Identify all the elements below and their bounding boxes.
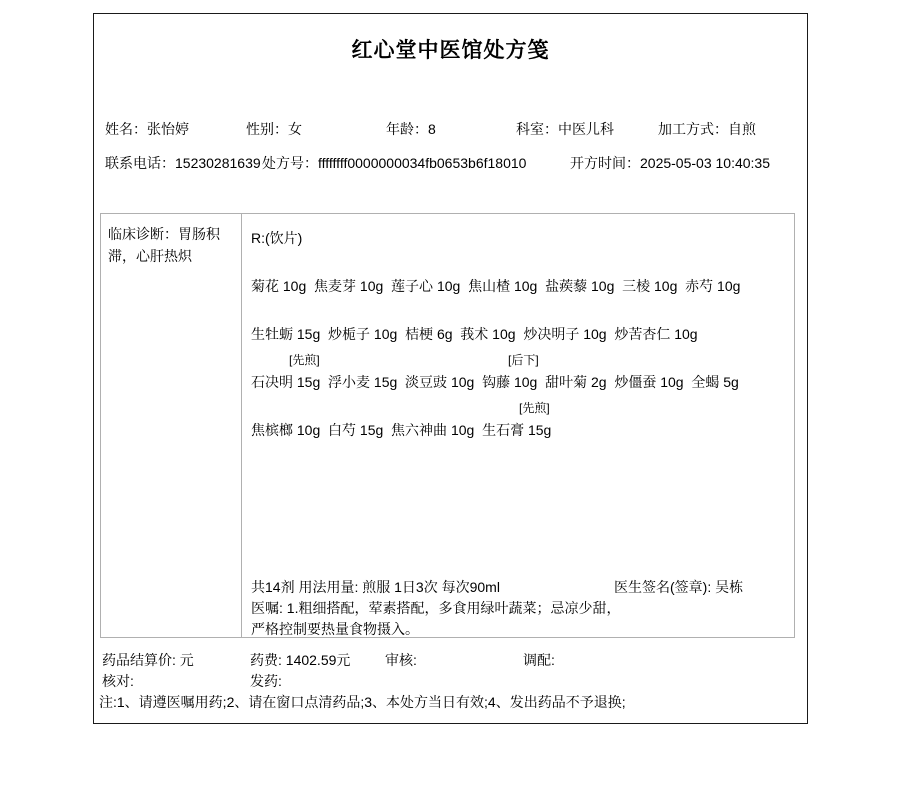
processing-method-value: 自煎 xyxy=(728,121,756,137)
phone-field: 联系电话：15230281639 xyxy=(105,153,261,173)
medical-advice: 医嘱: 1.粗细搭配，荤素搭配，多食用绿叶蔬菜；忌凉少甜，严格控制要热量食物摄入… xyxy=(251,598,633,640)
phone-value: 15230281639 xyxy=(175,155,261,171)
herb-line-1: 菊花 10g 焦麦芽 10g 莲子心 10g 焦山楂 10g 盐蒺藜 10g 三… xyxy=(251,276,740,296)
diagnosis-label: 临床诊断： xyxy=(108,226,178,242)
phone-label: 联系电话： xyxy=(105,155,175,171)
prescription-body-box: 临床诊断：胃肠积滞，心肝热炽 R:(饮片) 菊花 10g 焦麦芽 10g 莲子心… xyxy=(100,213,795,638)
age-label: 年龄： xyxy=(386,121,428,137)
rx-number-value: ffffffff0000000034fb0653b6f18010 xyxy=(318,155,526,171)
doctor-signature-field: 医生签名(签章): 吴栋 xyxy=(614,577,743,597)
dosage-usage-line: 共14剂 用法用量: 煎服 1日3次 每次90ml xyxy=(251,577,500,597)
rx-time-value: 2025-05-03 10:40:35 xyxy=(640,155,770,171)
page-title: 红心堂中医馆处方笺 xyxy=(94,34,807,64)
prescription-page: 红心堂中医馆处方笺 姓名：张怡婷 性别：女 年龄：8 科室：中医儿科 加工方式：… xyxy=(0,0,900,800)
patient-name-label: 姓名： xyxy=(105,121,147,137)
department-label: 科室： xyxy=(516,121,558,137)
rx-time-field: 开方时间：2025-05-03 10:40:35 xyxy=(570,153,770,173)
department-field: 科室：中医儿科 xyxy=(516,119,614,139)
gender-label: 性别： xyxy=(246,121,288,137)
herb-line-4: 焦槟榔 10g 白芍 15g 焦六神曲 10g 生石膏 15g xyxy=(251,420,551,440)
patient-name-field: 姓名：张怡婷 xyxy=(105,119,189,139)
settle-price-label: 药品结算价: xyxy=(102,652,180,668)
rx-time-label: 开方时间： xyxy=(570,155,640,171)
medicine-fee-field: 药费: 1402.59元 xyxy=(250,650,350,670)
rx-number-label: 处方号： xyxy=(262,155,318,171)
patient-name-value: 张怡婷 xyxy=(147,121,189,137)
dispense-field: 调配: xyxy=(523,650,555,670)
settle-price-field: 药品结算价: 元 xyxy=(102,650,194,670)
doctor-signature-label: 医生签名(签章): xyxy=(614,579,715,595)
medicine-fee-label: 药费: xyxy=(250,652,286,668)
settle-price-value: 元 xyxy=(180,652,194,668)
gender-field: 性别：女 xyxy=(246,119,302,139)
age-value: 8 xyxy=(428,121,436,137)
pre-decoct-annotation: [先煎] xyxy=(289,351,320,368)
processing-method-field: 加工方式：自煎 xyxy=(658,119,756,139)
pre-decoct-annotation-2: [先煎] xyxy=(519,399,550,416)
age-field: 年龄：8 xyxy=(386,119,436,139)
issue-field: 发药: xyxy=(250,671,282,691)
check-field: 核对: xyxy=(102,671,134,691)
review-field: 审核: xyxy=(385,650,417,670)
herb-line-3: 石决明 15g 浮小麦 15g 淡豆豉 10g 钩藤 10g 甜叶菊 2g 炒僵… xyxy=(251,372,739,392)
footer-note: 注:1、请遵医嘱用药;2、请在窗口点清药品;3、本处方当日有效;4、发出药品不予… xyxy=(99,692,626,712)
prescription-sheet: 红心堂中医馆处方笺 姓名：张怡婷 性别：女 年龄：8 科室：中医儿科 加工方式：… xyxy=(93,13,808,724)
rx-content-area: R:(饮片) 菊花 10g 焦麦芽 10g 莲子心 10g 焦山楂 10g 盐蒺… xyxy=(242,214,794,637)
doctor-signature-value: 吴栋 xyxy=(715,579,743,595)
rx-number-field: 处方号：ffffffff0000000034fb0653b6f18010 xyxy=(262,153,526,173)
medicine-fee-value: 1402.59元 xyxy=(286,652,351,668)
gender-value: 女 xyxy=(288,121,302,137)
herb-line-2: 生牡蛎 15g 炒栀子 10g 桔梗 6g 莪术 10g 炒决明子 10g 炒苦… xyxy=(251,324,698,344)
clinical-diagnosis: 临床诊断：胃肠积滞，心肝热炽 xyxy=(101,214,242,637)
department-value: 中医儿科 xyxy=(558,121,614,137)
processing-method-label: 加工方式： xyxy=(658,121,728,137)
rx-header: R:(饮片) xyxy=(251,228,302,248)
post-add-annotation: [后下] xyxy=(508,351,539,368)
